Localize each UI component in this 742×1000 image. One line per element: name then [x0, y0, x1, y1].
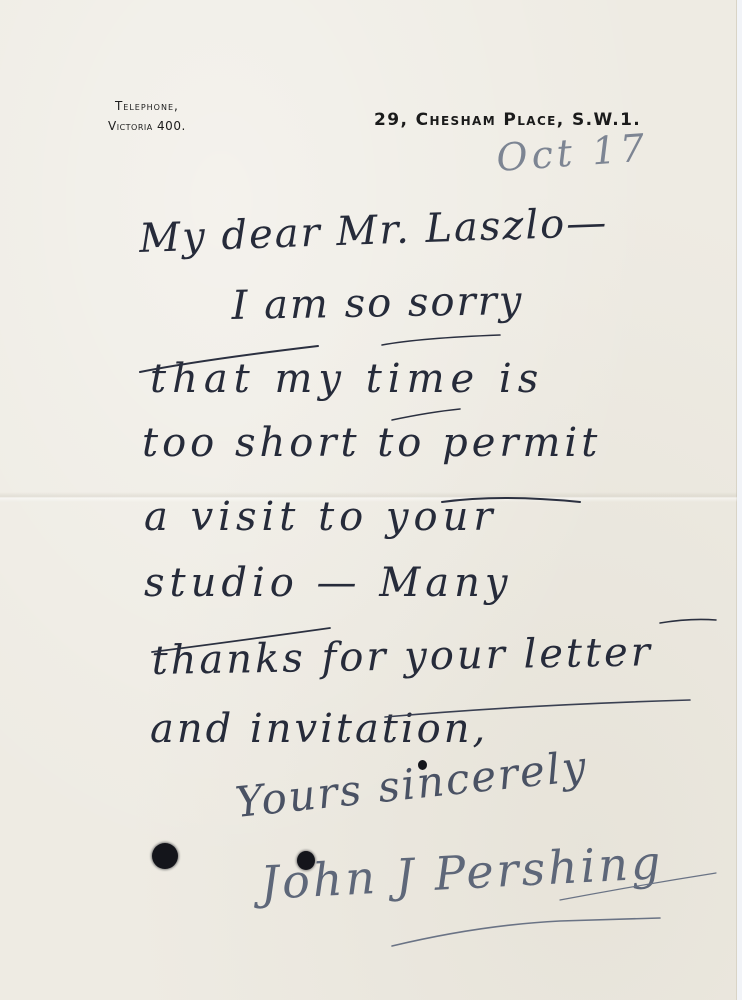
letterhead-address: 29, Chesham Place, S.W.1.: [374, 110, 641, 130]
letter-page: Telephone, Victoria 400. 29, Chesham Pla…: [0, 0, 737, 1000]
ink-blot: [152, 843, 178, 869]
body-line-4: a visit to your: [144, 494, 498, 540]
ink-blot: [297, 851, 315, 870]
closing: Yours sincerely: [233, 741, 590, 827]
letterhead-telephone: Telephone, Victoria 400.: [108, 96, 186, 136]
ink-dot: [418, 760, 427, 770]
signature: John J Pershing: [259, 835, 664, 910]
body-line-3: too short to permit: [142, 420, 601, 466]
scan-background-edge: [737, 0, 742, 1000]
body-line-5: studio — Many: [144, 560, 512, 606]
body-line-7: and invitation,: [150, 706, 488, 752]
telephone-number: Victoria 400.: [108, 116, 186, 136]
body-line-6: thanks for your letter: [151, 629, 653, 684]
salutation: My dear Mr. Laszlo—: [138, 200, 609, 262]
body-line-1: I am so sorry: [231, 278, 524, 329]
telephone-label: Telephone,: [108, 96, 186, 116]
handwritten-date: Oct 17: [495, 125, 650, 180]
body-line-2: that my time is: [150, 356, 544, 402]
